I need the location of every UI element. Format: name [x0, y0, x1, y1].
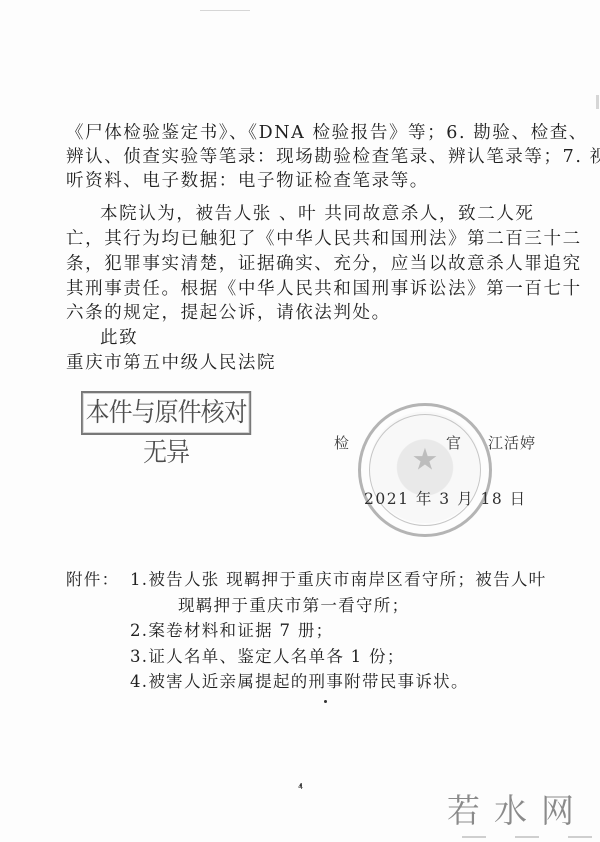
site-watermark: 若水网 [447, 793, 597, 839]
body-line: 《尸体检验鉴定书》、《DNA 检验报告》等；6. 勘验、检查、 [66, 122, 588, 144]
conclusion-line: 其刑事责任。根据《中华人民共和国刑事诉讼法》第一百七十 [66, 278, 582, 300]
addressee: 重庆市第五中级人民法院 [66, 352, 276, 374]
scan-speck [596, 95, 599, 109]
watermark-sub-mark [515, 836, 539, 838]
annex-item: 4.被害人近亲属提起的刑事附带民事诉状。 [130, 668, 469, 692]
annex-item: 现羁押于重庆市第一看守所； [178, 592, 409, 616]
annex-item: 3.证人名单、鉴定人名单各 1 份； [130, 643, 405, 667]
annex-item: 1.被告人张 现羁押于重庆市南岸区看守所；被告人叶 [130, 566, 547, 590]
signer-title: 检 [334, 434, 350, 452]
watermark-sub-mark [462, 836, 486, 838]
document-date: 2021 年 3 月 18 日 [364, 487, 527, 509]
verification-stamp: 本件与原件核对无异 [81, 391, 251, 435]
annex-label: 附件： [66, 566, 119, 590]
scan-dot [324, 700, 327, 703]
page-number: 4 [298, 782, 303, 791]
scan-speck [200, 10, 250, 11]
conclusion-line: 本院认为，被告人张 、叶 共同故意杀人，致二人死 [100, 203, 535, 225]
conclusion-line: 亡，其行为均已触犯了《中华人民共和国刑法》第二百三十二 [66, 228, 582, 250]
official-seal: ★ [358, 403, 492, 537]
body-line: 辨认、侦查实验等笔录：现场勘验检查笔录、辨认笔录等；7. 视 [66, 146, 600, 168]
document-page: 《尸体检验鉴定书》、《DNA 检验报告》等；6. 勘验、检查、 辨认、侦查实验等… [0, 0, 600, 842]
body-line: 听资料、电子数据：电子物证检查笔录等。 [66, 170, 429, 192]
watermark-sub-mark [568, 836, 592, 838]
watermark-subtitle [462, 836, 592, 839]
conclusion-line: 条，犯罪事实清楚，证据确实、充分，应当以故意杀人罪追究 [66, 253, 582, 275]
annex-item: 2.案卷材料和证据 7 册； [130, 617, 333, 641]
seal-center-text: 官 [446, 434, 462, 452]
conclusion-line: 六条的规定，提起公诉，请依法判处。 [66, 302, 391, 324]
signer-name: 江活婷 [488, 434, 536, 452]
salutation: 此致 [100, 327, 138, 349]
signer-line: 检官江活婷 [334, 432, 536, 453]
